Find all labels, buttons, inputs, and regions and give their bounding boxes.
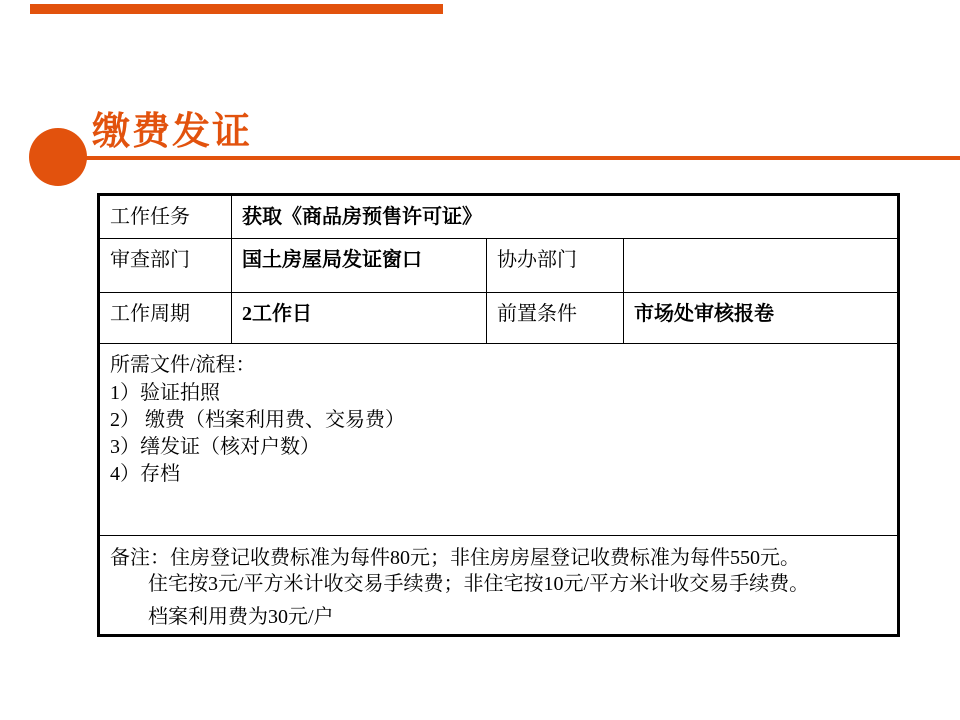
table-row-cycle: 工作周期 2工作日 前置条件 市场处审核报卷	[99, 293, 899, 344]
cell-notes: 备注：住房登记收费标准为每件80元；非住房房屋登记收费标准为每件550元。 住宅…	[99, 536, 899, 636]
title-bullet-circle	[29, 128, 87, 186]
cell-label-precondition: 前置条件	[487, 293, 624, 344]
process-table: 工作任务 获取《商品房预售许可证》 审查部门 国土房屋局发证窗口 协办部门 工作…	[97, 193, 900, 637]
note-text-1: 住房登记收费标准为每件80元；非住房房屋登记收费标准为每件550元。	[170, 547, 800, 569]
note-line-3: 档案利用费为30元/户	[110, 604, 891, 630]
cell-value-precondition: 市场处审核报卷	[624, 293, 899, 344]
cell-value-work-cycle: 2工作日	[232, 293, 487, 344]
cell-label-work-task: 工作任务	[99, 195, 232, 239]
note-line-2: 住宅按3元/平方米计收交易手续费；非住宅按10元/平方米计收交易手续费。	[110, 571, 891, 597]
flow-heading: 所需文件/流程：	[110, 353, 891, 377]
title-underline	[84, 156, 960, 160]
table-row-notes: 备注：住房登记收费标准为每件80元；非住房房屋登记收费标准为每件550元。 住宅…	[99, 536, 899, 636]
slide-canvas: 缴费发证 工作任务 获取《商品房预售许可证》 审查部门 国土房屋局发证窗口 协办…	[0, 0, 960, 720]
cell-value-work-task: 获取《商品房预售许可证》	[232, 195, 899, 239]
flow-step-4: 4）存档	[110, 461, 891, 488]
cell-label-review-dept: 审查部门	[99, 239, 232, 293]
table-row-task: 工作任务 获取《商品房预售许可证》	[99, 195, 899, 239]
flow-step-3: 3）缮发证（核对户数）	[110, 434, 891, 461]
note-label: 备注：	[110, 547, 170, 569]
cell-documents-flow: 所需文件/流程： 1）验证拍照 2） 缴费（档案利用费、交易费） 3）缮发证（核…	[99, 344, 899, 536]
table-row-documents-flow: 所需文件/流程： 1）验证拍照 2） 缴费（档案利用费、交易费） 3）缮发证（核…	[99, 344, 899, 536]
note-line-1: 备注：住房登记收费标准为每件80元；非住房房屋登记收费标准为每件550元。	[110, 545, 891, 571]
top-accent-bar	[30, 4, 443, 14]
flow-step-2: 2） 缴费（档案利用费、交易费）	[110, 407, 891, 434]
flow-step-1: 1）验证拍照	[110, 380, 891, 407]
cell-label-work-cycle: 工作周期	[99, 293, 232, 344]
cell-label-assist-dept: 协办部门	[487, 239, 624, 293]
cell-value-assist-dept	[624, 239, 899, 293]
table-row-departments: 审查部门 国土房屋局发证窗口 协办部门	[99, 239, 899, 293]
cell-value-review-dept: 国土房屋局发证窗口	[232, 239, 487, 293]
page-title: 缴费发证	[92, 100, 252, 155]
